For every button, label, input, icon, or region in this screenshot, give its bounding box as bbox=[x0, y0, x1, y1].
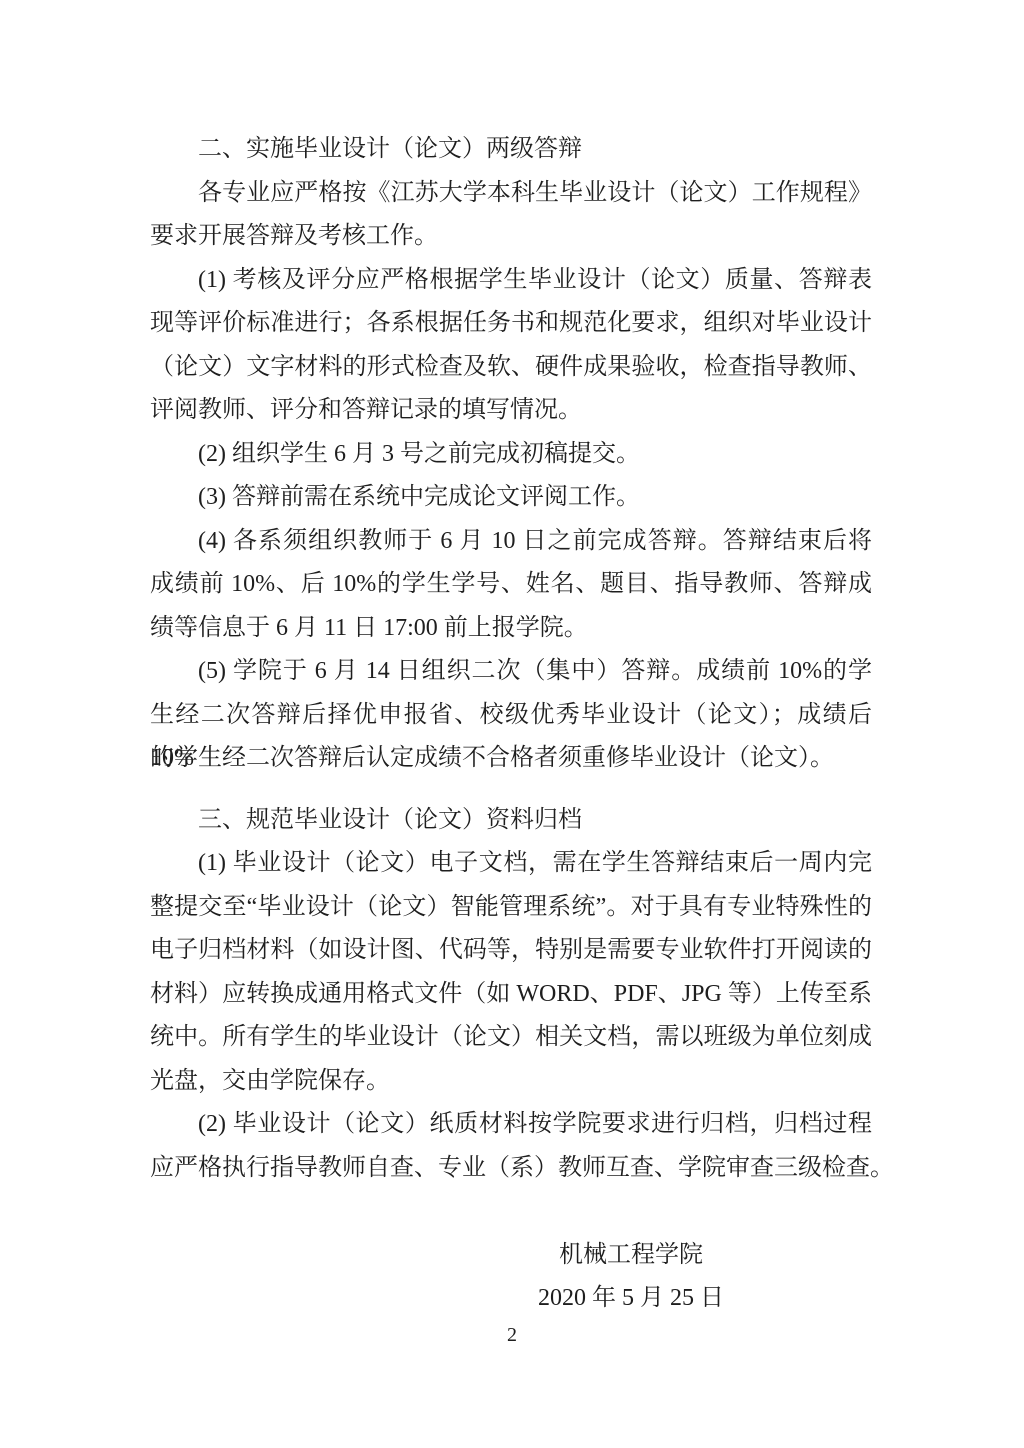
archive-item-2: (2) 毕业设计（论文）纸质材料按学院要求进行归档，归档过程应严格执行指导教师自… bbox=[150, 1103, 872, 1190]
text-line: (1) 考核及评分应严格根据学生毕业设计（论文）质量、答辩表 bbox=[150, 259, 872, 303]
text-line: 评阅教师、评分和答辩记录的填写情况。 bbox=[150, 389, 872, 433]
text-line: 现等评价标准进行；各系根据任务书和规范化要求，组织对毕业设计 bbox=[150, 302, 872, 346]
text-line: (1) 毕业设计（论文）电子文档，需在学生答辩结束后一周内完 bbox=[150, 842, 872, 886]
text-line: 的学生经二次答辩后认定成绩不合格者须重修毕业设计（论文）。 bbox=[150, 737, 872, 781]
signature-block: 机械工程学院2020 年 5 月 25 日 bbox=[390, 1234, 872, 1321]
text-line: 整提交至“毕业设计（论文）智能管理系统”。对于具有专业特殊性的 bbox=[150, 886, 872, 930]
text-line: (2) 毕业设计（论文）纸质材料按学院要求进行归档，归档过程 bbox=[150, 1103, 872, 1147]
text-line: (2) 组织学生 6 月 3 号之前完成初稿提交。 bbox=[150, 433, 872, 477]
text-line: 生经二次答辩后择优申报省、校级优秀毕业设计（论文）；成绩后 10% bbox=[150, 694, 872, 738]
document-body: 二、实施毕业设计（论文）两级答辩各专业应严格按《江苏大学本科生毕业设计（论文）工… bbox=[150, 128, 872, 1321]
defense-item-1: (1) 考核及评分应严格根据学生毕业设计（论文）质量、答辩表现等评价标准进行；各… bbox=[150, 259, 872, 433]
defense-item-3: (3) 答辩前需在系统中完成论文评阅工作。 bbox=[150, 476, 872, 520]
section-heading-three: 三、规范毕业设计（论文）资料归档 bbox=[150, 799, 872, 843]
text-line: 三、规范毕业设计（论文）资料归档 bbox=[150, 799, 872, 843]
section-gap bbox=[150, 781, 872, 799]
text-line: 各专业应严格按《江苏大学本科生毕业设计（论文）工作规程》 bbox=[150, 172, 872, 216]
signature-organization: 机械工程学院 bbox=[390, 1234, 872, 1278]
text-line: 成绩前 10%、后 10%的学生学号、姓名、题目、指导教师、答辩成 bbox=[150, 563, 872, 607]
text-line: （论文）文字材料的形式检查及软、硬件成果验收，检查指导教师、 bbox=[150, 346, 872, 390]
text-line: (4) 各系须组织教师于 6 月 10 日之前完成答辩。答辩结束后将 bbox=[150, 520, 872, 564]
text-line: (5) 学院于 6 月 14 日组织二次（集中）答辩。成绩前 10%的学 bbox=[150, 650, 872, 694]
defense-item-5: (5) 学院于 6 月 14 日组织二次（集中）答辩。成绩前 10%的学生经二次… bbox=[150, 650, 872, 781]
text-line: 电子归档材料（如设计图、代码等，特别是需要专业软件打开阅读的 bbox=[150, 929, 872, 973]
text-line: 统中。所有学生的毕业设计（论文）相关文档，需以班级为单位刻成 bbox=[150, 1016, 872, 1060]
text-line: 应严格执行指导教师自查、专业（系）教师互查、学院审查三级检查。 bbox=[150, 1147, 872, 1191]
text-line: 要求开展答辩及考核工作。 bbox=[150, 215, 872, 259]
defense-item-4: (4) 各系须组织教师于 6 月 10 日之前完成答辩。答辩结束后将成绩前 10… bbox=[150, 520, 872, 651]
text-line: 绩等信息于 6 月 11 日 17:00 前上报学院。 bbox=[150, 607, 872, 651]
text-line: (3) 答辩前需在系统中完成论文评阅工作。 bbox=[150, 476, 872, 520]
archive-item-1: (1) 毕业设计（论文）电子文档，需在学生答辩结束后一周内完整提交至“毕业设计（… bbox=[150, 842, 872, 1103]
text-line: 材料）应转换成通用格式文件（如 WORD、PDF、JPG 等）上传至系 bbox=[150, 973, 872, 1017]
intro-paragraph: 各专业应严格按《江苏大学本科生毕业设计（论文）工作规程》要求开展答辩及考核工作。 bbox=[150, 172, 872, 259]
document-page: 二、实施毕业设计（论文）两级答辩各专业应严格按《江苏大学本科生毕业设计（论文）工… bbox=[0, 0, 1024, 1448]
defense-item-2: (2) 组织学生 6 月 3 号之前完成初稿提交。 bbox=[150, 433, 872, 477]
text-line: 二、实施毕业设计（论文）两级答辩 bbox=[150, 128, 872, 172]
text-line: 光盘，交由学院保存。 bbox=[150, 1060, 872, 1104]
page-number: 2 bbox=[0, 1320, 1024, 1350]
signature-date: 2020 年 5 月 25 日 bbox=[390, 1277, 872, 1321]
section-heading-two: 二、实施毕业设计（论文）两级答辩 bbox=[150, 128, 872, 172]
